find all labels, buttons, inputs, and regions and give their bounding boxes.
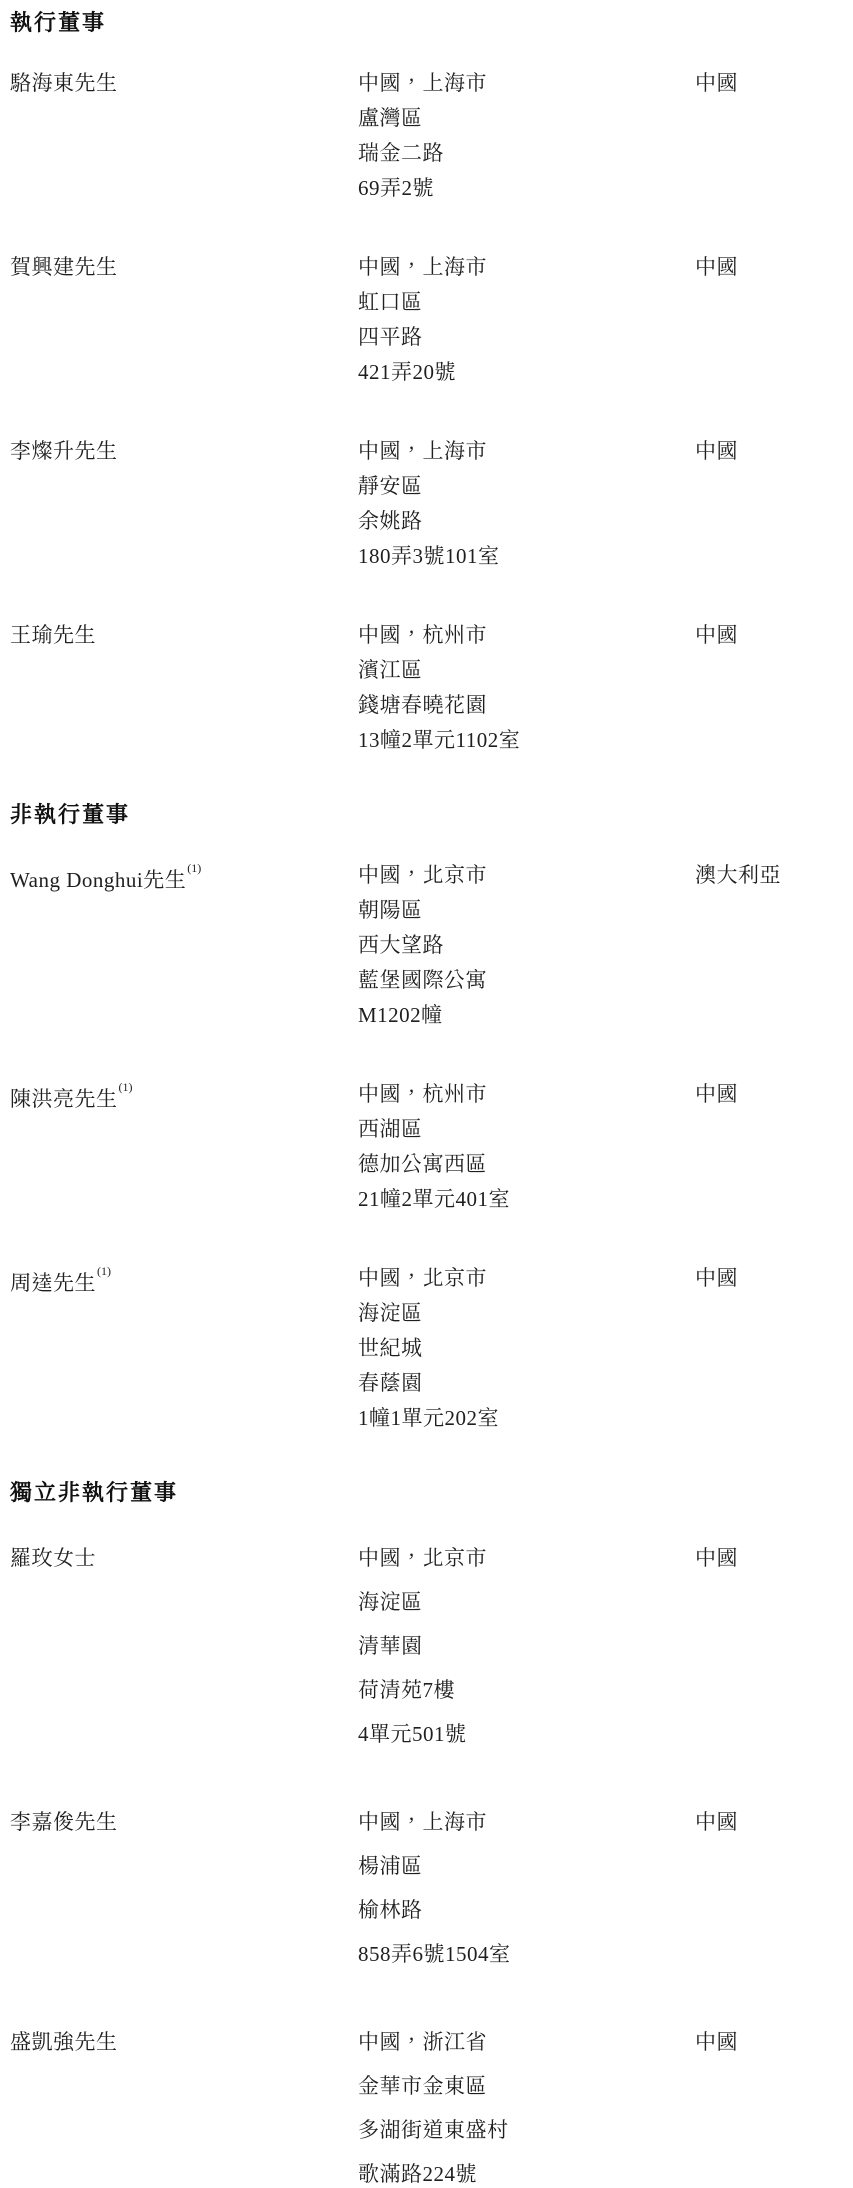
director-name-line: Wang Donghui先生(1) [10,858,358,898]
nationality-cell: 中國 [695,434,853,469]
address-line: 中國，浙江省 [358,2020,695,2064]
nationality: 中國 [695,1077,853,1112]
nationality: 中國 [695,1261,853,1296]
address-line: 中國，上海市 [358,66,695,101]
director-entry: 周逵先生(1)中國，北京市海淀區世紀城春蔭園1幢1單元202室中國 [10,1261,853,1436]
address-line: 朝陽區 [358,893,695,928]
footnote-marker: (1) [97,1264,111,1278]
director-name: 李燦升先生 [10,439,118,463]
nationality-cell: 中國 [695,1077,853,1112]
address-line: 4單元501號 [358,1712,695,1756]
director-name: 王瑜先生 [10,623,96,647]
address-line: 世紀城 [358,1331,695,1366]
director-name: 羅玫女士 [10,1546,96,1570]
director-name: 駱海東先生 [10,71,118,95]
address-line: 榆林路 [358,1888,695,1932]
address-line: 金華市金東區 [358,2064,695,2108]
residential-address: 中國，杭州市濱江區錢塘春曉花園13幢2單元1102室 [358,618,695,758]
address-line: 海淀區 [358,1296,695,1331]
nationality-cell: 中國 [695,250,853,285]
residential-address: 中國，上海市盧灣區瑞金二路69弄2號 [358,66,695,206]
nationality: 中國 [695,434,853,469]
address-line: 靜安區 [358,469,695,504]
nationality: 中國 [695,66,853,101]
nationality-cell: 中國 [695,618,853,653]
address-line: 海淀區 [358,1580,695,1624]
nationality: 中國 [695,250,853,285]
director-name: 陳洪亮先生 [10,1087,118,1111]
director-name-cell: 陳洪亮先生(1) [10,1077,358,1117]
residential-address: 中國，上海市虹口區四平路421弄20號 [358,250,695,390]
address-line: 瑞金二路 [358,136,695,171]
director-entry: Wang Donghui先生(1)中國，北京市朝陽區西大望路藍堡國際公寓M120… [10,858,853,1033]
address-line: 多湖街道東盛村 [358,2108,695,2152]
director-name-cell: 王瑜先生 [10,618,358,653]
director-name-cell: Wang Donghui先生(1) [10,858,358,898]
director-name-cell: 羅玫女士 [10,1536,358,1580]
nationality-cell: 澳大利亞 [695,858,853,893]
nationality-cell: 中國 [695,1536,853,1580]
nationality-cell: 中國 [695,1261,853,1296]
director-entry: 盛凱強先生中國，浙江省金華市金東區多湖街道東盛村歌滿路224號中國 [10,2020,853,2188]
director-name: 周逵先生 [10,1271,96,1295]
director-name-line: 駱海東先生 [10,66,358,101]
director-name-line: 羅玫女士 [10,1536,358,1580]
address-line: 13幢2單元1102室 [358,723,695,758]
residential-address: 中國，北京市海淀區清華園荷清苑7樓4單元501號 [358,1536,695,1756]
director-name-line: 盛凱強先生 [10,2020,358,2064]
address-line: 楊浦區 [358,1844,695,1888]
directors-list: 執行董事駱海東先生中國，上海市盧灣區瑞金二路69弄2號中國賀興建先生中國，上海市… [0,0,853,2188]
director-name: Wang Donghui先生 [10,868,186,892]
director-entry: 李燦升先生中國，上海市靜安區余姚路180弄3號101室中國 [10,434,853,574]
director-name-cell: 周逵先生(1) [10,1261,358,1301]
prospectus-page: { "document": { "language": "zh-Hant", "… [0,0,853,2188]
address-line: 藍堡國際公寓 [358,963,695,998]
directors-section-1: 非執行董事Wang Donghui先生(1)中國，北京市朝陽區西大望路藍堡國際公… [10,802,853,1436]
address-line: 四平路 [358,320,695,355]
section-header: 執行董事 [10,10,853,36]
nationality-cell: 中國 [695,66,853,101]
address-line: 中國，上海市 [358,1800,695,1844]
address-line: 中國，杭州市 [358,1077,695,1112]
residential-address: 中國，杭州市西湖區德加公寓西區21幢2單元401室 [358,1077,695,1217]
address-line: 春蔭園 [358,1366,695,1401]
director-name: 賀興建先生 [10,255,118,279]
director-entry: 陳洪亮先生(1)中國，杭州市西湖區德加公寓西區21幢2單元401室中國 [10,1077,853,1217]
address-line: 虹口區 [358,285,695,320]
residential-address: 中國，上海市靜安區余姚路180弄3號101室 [358,434,695,574]
address-line: 清華園 [358,1624,695,1668]
address-line: 余姚路 [358,504,695,539]
address-line: 180弄3號101室 [358,539,695,574]
director-entry: 王瑜先生中國，杭州市濱江區錢塘春曉花園13幢2單元1102室中國 [10,618,853,758]
nationality: 中國 [695,1536,853,1580]
nationality: 中國 [695,2020,853,2064]
section-header: 非執行董事 [10,802,853,828]
address-line: 858弄6號1504室 [358,1932,695,1976]
address-line: 西湖區 [358,1112,695,1147]
address-line: 中國，北京市 [358,1261,695,1296]
address-line: 中國，杭州市 [358,618,695,653]
address-line: 69弄2號 [358,171,695,206]
address-line: 盧灣區 [358,101,695,136]
director-name-cell: 李嘉俊先生 [10,1800,358,1844]
residential-address: 中國，浙江省金華市金東區多湖街道東盛村歌滿路224號 [358,2020,695,2188]
director-name-line: 陳洪亮先生(1) [10,1077,358,1117]
director-name-line: 王瑜先生 [10,618,358,653]
director-name-line: 周逵先生(1) [10,1261,358,1301]
address-line: M1202幢 [358,998,695,1033]
address-line: 中國，北京市 [358,858,695,893]
director-name-cell: 駱海東先生 [10,66,358,101]
address-line: 中國，上海市 [358,250,695,285]
director-entry: 李嘉俊先生中國，上海市楊浦區榆林路858弄6號1504室中國 [10,1800,853,1976]
address-line: 錢塘春曉花園 [358,688,695,723]
address-line: 421弄20號 [358,355,695,390]
nationality: 中國 [695,618,853,653]
section-header: 獨立非執行董事 [10,1480,853,1506]
address-line: 西大望路 [358,928,695,963]
address-line: 濱江區 [358,653,695,688]
director-name-cell: 賀興建先生 [10,250,358,285]
nationality-cell: 中國 [695,1800,853,1844]
footnote-marker: (1) [119,1080,133,1094]
director-entry: 賀興建先生中國，上海市虹口區四平路421弄20號中國 [10,250,853,390]
director-name: 李嘉俊先生 [10,1810,118,1834]
footnote-marker: (1) [187,861,201,875]
address-line: 21幢2單元401室 [358,1182,695,1217]
address-line: 1幢1單元202室 [358,1401,695,1436]
director-name-line: 李嘉俊先生 [10,1800,358,1844]
address-line: 歌滿路224號 [358,2152,695,2188]
address-line: 德加公寓西區 [358,1147,695,1182]
residential-address: 中國，上海市楊浦區榆林路858弄6號1504室 [358,1800,695,1976]
director-name-line: 李燦升先生 [10,434,358,469]
residential-address: 中國，北京市海淀區世紀城春蔭園1幢1單元202室 [358,1261,695,1436]
director-entry: 駱海東先生中國，上海市盧灣區瑞金二路69弄2號中國 [10,66,853,206]
nationality: 中國 [695,1800,853,1844]
director-name-cell: 李燦升先生 [10,434,358,469]
address-line: 荷清苑7樓 [358,1668,695,1712]
director-name-line: 賀興建先生 [10,250,358,285]
director-name: 盛凱強先生 [10,2030,118,2054]
director-name-cell: 盛凱強先生 [10,2020,358,2064]
residential-address: 中國，北京市朝陽區西大望路藍堡國際公寓M1202幢 [358,858,695,1033]
directors-section-2: 獨立非執行董事羅玫女士中國，北京市海淀區清華園荷清苑7樓4單元501號中國李嘉俊… [10,1480,853,2188]
nationality-cell: 中國 [695,2020,853,2064]
director-entry: 羅玫女士中國，北京市海淀區清華園荷清苑7樓4單元501號中國 [10,1536,853,1756]
nationality: 澳大利亞 [695,858,853,893]
directors-section-0: 執行董事駱海東先生中國，上海市盧灣區瑞金二路69弄2號中國賀興建先生中國，上海市… [10,10,853,758]
address-line: 中國，上海市 [358,434,695,469]
address-line: 中國，北京市 [358,1536,695,1580]
